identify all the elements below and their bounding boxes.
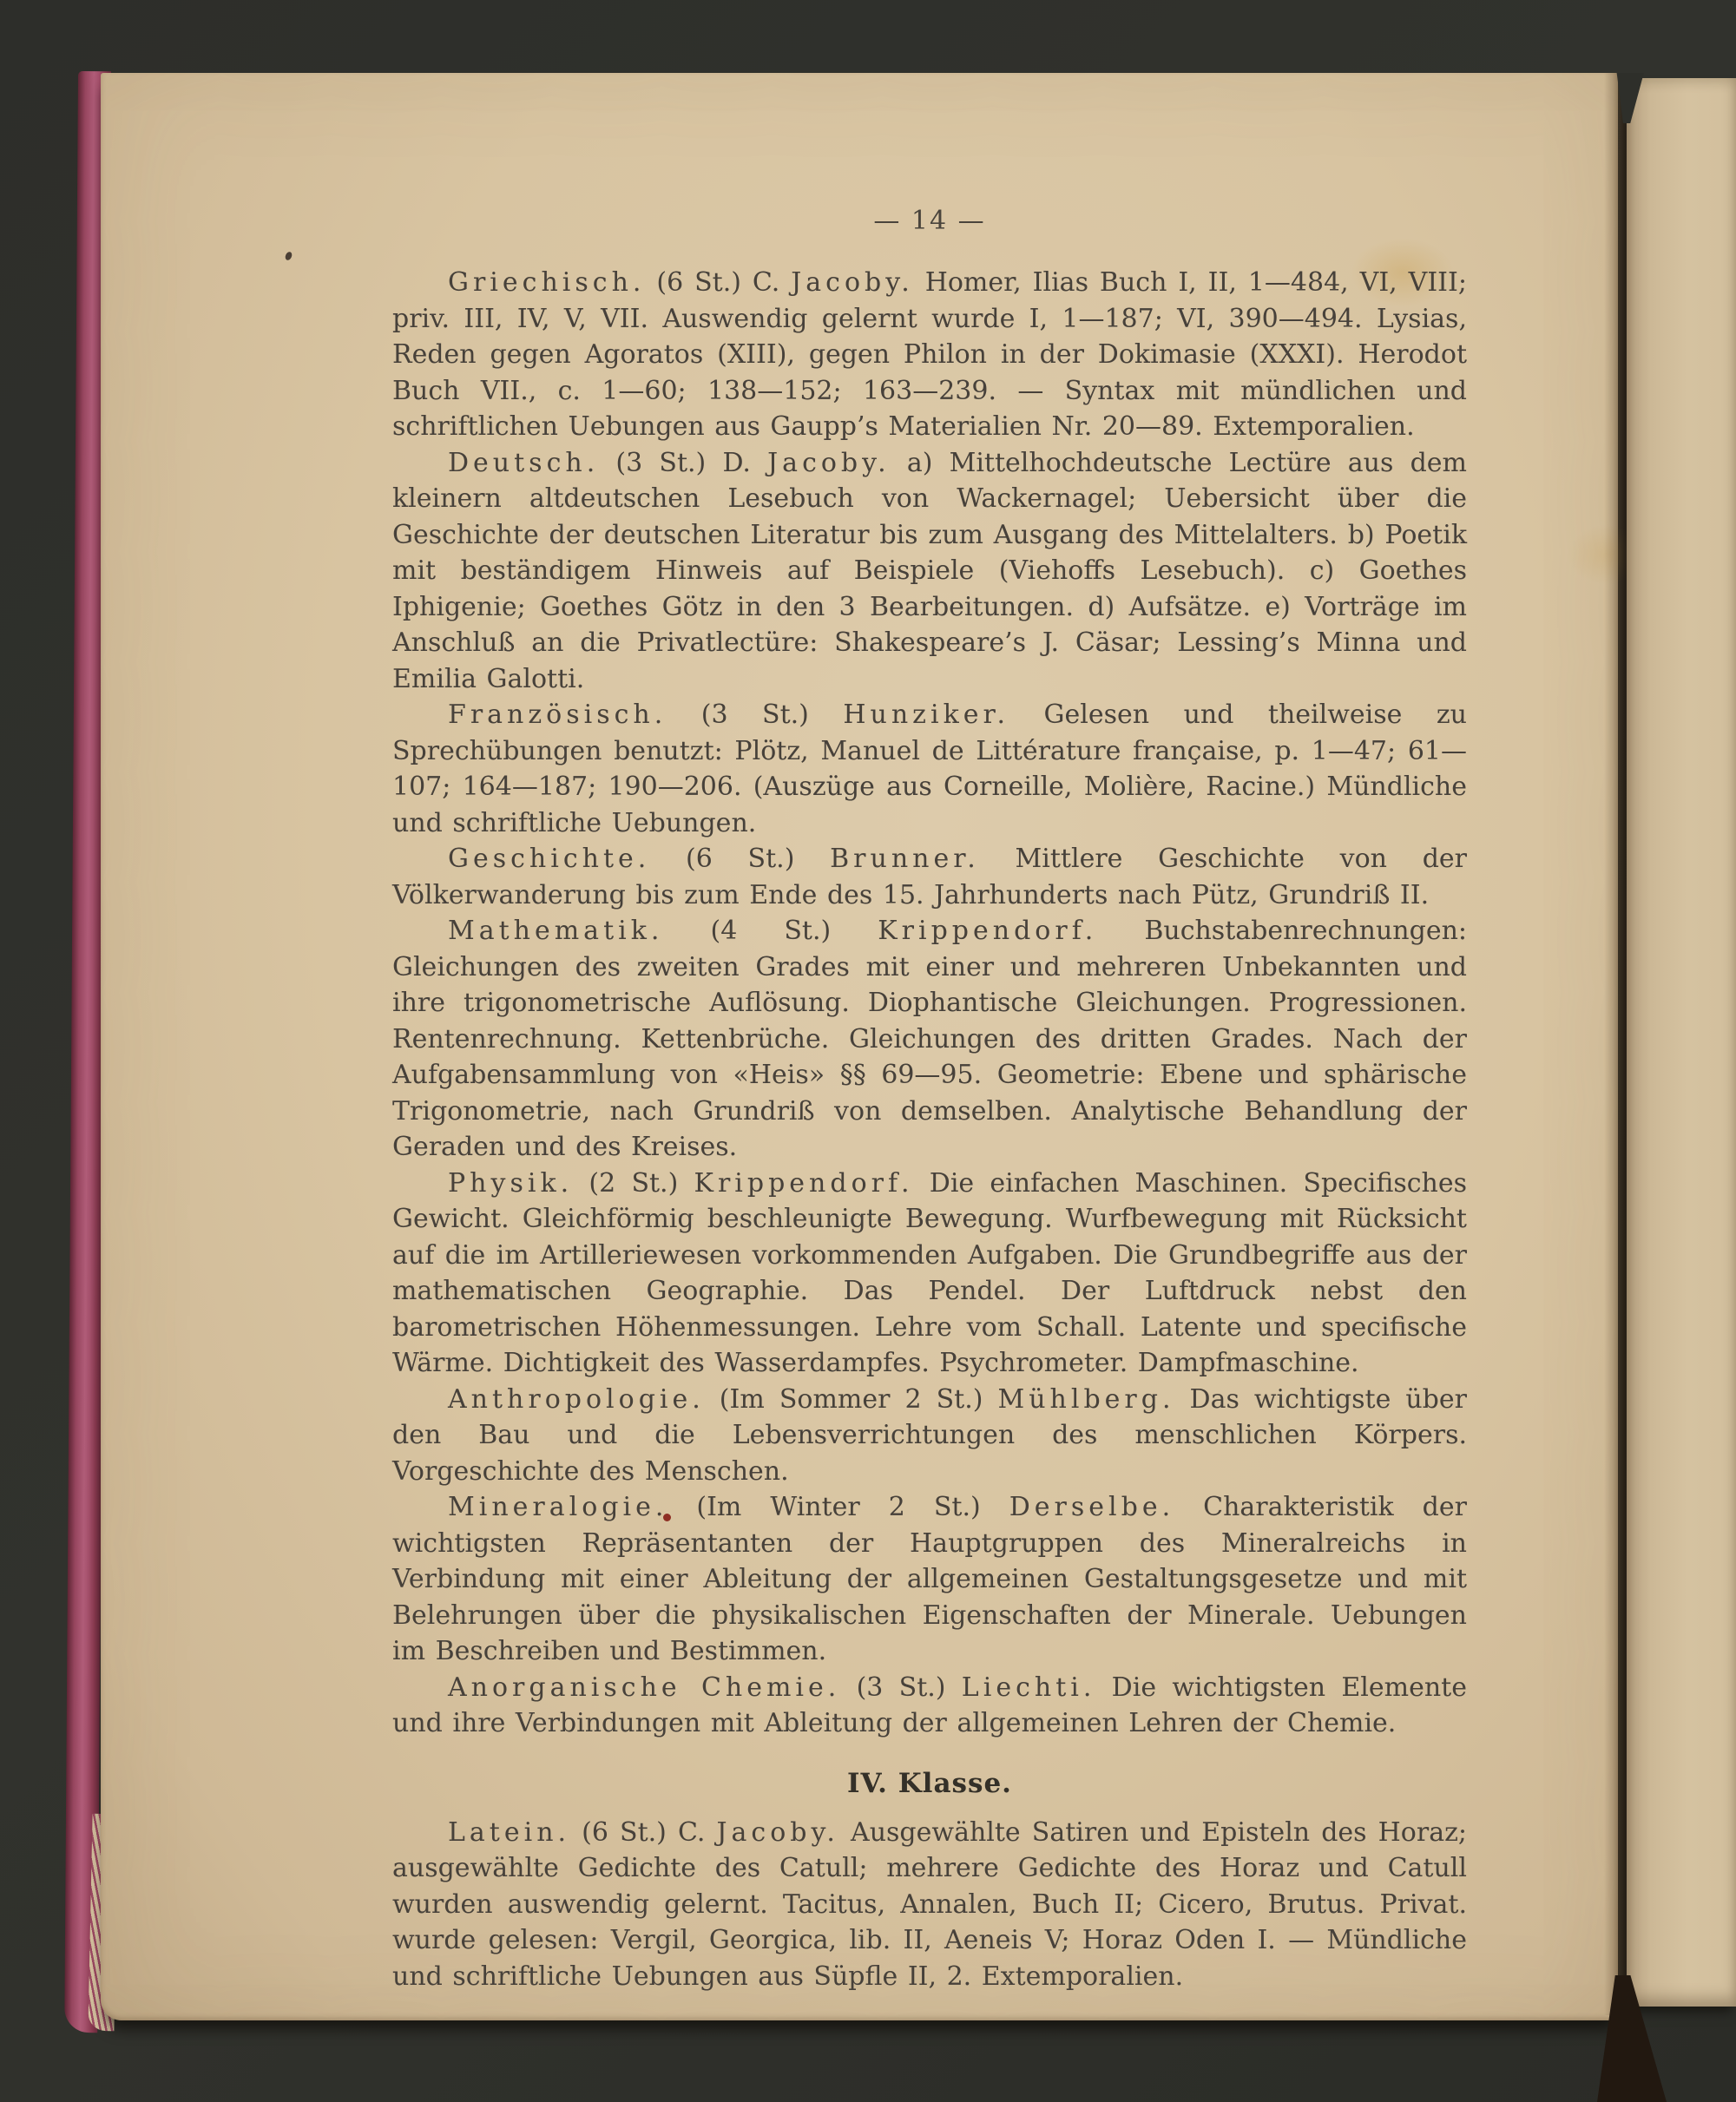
body-text: (2 St.): [573, 1168, 694, 1199]
emphasized-text: Brunner.: [830, 844, 980, 874]
emphasized-text: Jacoby.: [791, 267, 913, 298]
subject-paragraph: Deutsch. (3 St.) D. Jacoby. a) Mittelhoc…: [392, 445, 1467, 698]
emphasized-text: Jacoby.: [767, 448, 890, 478]
emphasized-text: Derselbe.: [1009, 1492, 1174, 1522]
body-text: (6 St.): [650, 844, 830, 874]
subject-paragraph: Griechisch. (6 St.) C. Jacoby. Homer, Il…: [392, 265, 1467, 445]
emphasized-text: Anorganische Chemie.: [448, 1672, 840, 1703]
emphasized-text: Jacoby.: [716, 1817, 838, 1848]
emphasized-text: Latein.: [448, 1817, 570, 1848]
book-page: — 14 — Griechisch. (6 St.) C. Jacoby. Ho…: [101, 73, 1618, 2020]
body-text: a) Mittelhochdeutsche Lectüre aus dem kl…: [392, 448, 1467, 694]
emphasized-text: Geschichte.: [448, 844, 650, 874]
body-text: (3 St.) D.: [599, 448, 767, 478]
emphasized-text: Mineralogie.: [448, 1492, 667, 1522]
body-text: (Im Sommer 2 St.): [705, 1384, 998, 1415]
adjacent-page-edge: [1627, 78, 1736, 2007]
subject-paragraph: Latein. (6 St.) C. Jacoby. Ausgewählte S…: [392, 1815, 1467, 1995]
body-text: (3 St.): [667, 700, 843, 730]
subject-paragraph: Mathematik. (4 St.) Krippendorf. Buchsta…: [392, 913, 1467, 1166]
body-text: Die einfachen Maschinen. Specifisches Ge…: [392, 1168, 1467, 1379]
body-text: (Im Winter 2 St.): [667, 1492, 1009, 1522]
emphasized-text: Krippendorf.: [878, 916, 1097, 946]
emphasized-text: Deutsch.: [448, 448, 599, 478]
body-text: (3 St.): [840, 1672, 961, 1703]
body-text: Buchstabenrechnungen: Gleichungen des zw…: [392, 916, 1467, 1162]
subject-paragraph: Physik. (2 St.) Krippendorf. Die einfach…: [392, 1166, 1467, 1382]
body-text: (6 St.) C.: [645, 267, 791, 298]
emphasized-text: Physik.: [448, 1168, 573, 1199]
ink-speck: [284, 251, 293, 261]
subject-paragraph: Geschichte. (6 St.) Brunner. Mittlere Ge…: [392, 841, 1467, 913]
section-heading: IV. Klasse.: [392, 1766, 1467, 1801]
body-text: (4 St.): [663, 916, 878, 946]
emphasized-text: Griechisch.: [448, 267, 645, 298]
text-block: Griechisch. (6 St.) C. Jacoby. Homer, Il…: [392, 265, 1467, 1994]
body-text: (6 St.) C.: [570, 1817, 716, 1848]
book-scan: — 14 — Griechisch. (6 St.) C. Jacoby. Ho…: [0, 0, 1736, 2102]
emphasized-text: Mühlberg.: [997, 1384, 1174, 1415]
emphasized-text: Krippendorf.: [694, 1168, 914, 1199]
subject-paragraph: Anthropologie. (Im Sommer 2 St.) Mühlber…: [392, 1382, 1467, 1490]
emphasized-text: Französisch.: [448, 700, 667, 730]
subject-paragraph: Anorganische Chemie. (3 St.) Liechti. Di…: [392, 1670, 1467, 1742]
emphasized-text: Anthropologie.: [448, 1384, 705, 1415]
emphasized-text: Mathematik.: [448, 916, 663, 946]
page-number: — 14 —: [392, 203, 1467, 239]
emphasized-text: Liechti.: [962, 1672, 1096, 1703]
emphasized-text: Hunziker.: [843, 700, 1009, 730]
subject-paragraph: Französisch. (3 St.) Hunziker. Gelesen u…: [392, 697, 1467, 841]
page-content: — 14 — Griechisch. (6 St.) C. Jacoby. Ho…: [392, 203, 1467, 1994]
subject-paragraph: Mineralogie. (Im Winter 2 St.) Derselbe.…: [392, 1489, 1467, 1670]
